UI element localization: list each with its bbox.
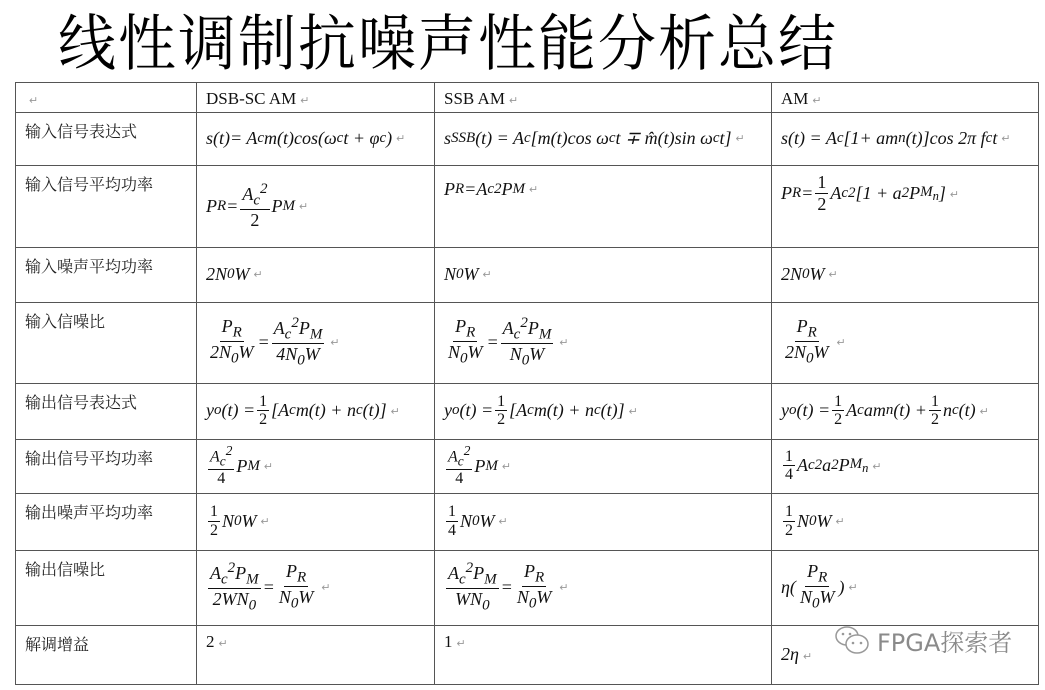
dsb-input-noise: 2N0W↵ (197, 248, 435, 303)
table-row: 输出信号平均功率 Ac24PM↵ Ac24PM↵ 14Ac2a2PMn↵ (16, 440, 1039, 494)
row-label: 输入信号平均功率 (16, 166, 197, 248)
dsb-output-noise: 12N0W↵ (197, 494, 435, 551)
table-row: 输入噪声平均功率 2N0W↵ N0W↵ 2N0W↵ (16, 248, 1039, 303)
watermark: FPGA探索者 (833, 623, 1012, 658)
ssb-input-noise: N0W↵ (435, 248, 772, 303)
table-row: 输入信号平均功率 PR = Ac22 PM↵ PR=Ac2PM↵ PR = 12… (16, 166, 1039, 248)
dsb-output-expression: yo(t) = 12[Acm(t) + nc(t)]↵ (197, 384, 435, 440)
row-label: 输出信号表达式 (16, 384, 197, 440)
table-row: 输出信号表达式 yo(t) = 12[Acm(t) + nc(t)]↵ yo(t… (16, 384, 1039, 440)
dsb-output-snr: Ac2PM2WN0 = PRN0W↵ (197, 551, 435, 626)
page-title: 线性调制抗噪声性能分析总结 (58, 0, 838, 82)
am-output-power: 14Ac2a2PMn↵ (772, 440, 1039, 494)
am-output-noise: 12N0W↵ (772, 494, 1039, 551)
ssb-output-snr: Ac2PMWN0 = PRN0W↵ (435, 551, 772, 626)
row-label: 输入信噪比 (16, 303, 197, 384)
am-output-snr: η(PRN0W)↵ (772, 551, 1039, 626)
am-output-expression: yo(t) = 12Acamn(t) + 12nc(t)↵ (772, 384, 1039, 440)
ssb-input-power: PR=Ac2PM↵ (435, 166, 772, 248)
dsb-gain: 2↵ (197, 626, 435, 685)
header-am: AM↵ (772, 83, 1039, 113)
am-input-snr: PR2N0W↵ (772, 303, 1039, 384)
row-label: 输出噪声平均功率 (16, 494, 197, 551)
am-input-expression: s(t) = Ac[1+ amn(t)]cos 2π fct↵ (772, 113, 1039, 166)
dsb-input-expression: s(t)= Acm(t)cos(ωct + φc)↵ (197, 113, 435, 166)
row-label: 输出信噪比 (16, 551, 197, 626)
wechat-icon (833, 624, 871, 658)
modulation-comparison-table: ↵ DSB-SC AM↵ SSB AM↵ AM↵ 输入信号表达式 s(t)= A… (15, 82, 1039, 685)
ssb-input-snr: PRN0W = Ac2PMN0W↵ (435, 303, 772, 384)
ssb-input-expression: sSSB(t) = Ac[m(t)cos ωct ∓ m̂(t)sin ωct]… (435, 113, 772, 166)
row-label: 输入信号表达式 (16, 113, 197, 166)
row-label: 输入噪声平均功率 (16, 248, 197, 303)
table-row: 输出噪声平均功率 12N0W↵ 14N0W↵ 12N0W↵ (16, 494, 1039, 551)
header-ssb: SSB AM↵ (435, 83, 772, 113)
table-row: 输出信噪比 Ac2PM2WN0 = PRN0W↵ Ac2PMWN0 = PRN0… (16, 551, 1039, 626)
table-row: 输入信噪比 PR2N0W = Ac2PM4N0W↵ PRN0W = Ac2PMN… (16, 303, 1039, 384)
header-row: ↵ DSB-SC AM↵ SSB AM↵ AM↵ (16, 83, 1039, 113)
header-empty: ↵ (16, 83, 197, 113)
row-label: 解调增益 (16, 626, 197, 685)
ssb-output-expression: yo(t) = 12[Acm(t) + nc(t)]↵ (435, 384, 772, 440)
am-input-noise: 2N0W↵ (772, 248, 1039, 303)
ssb-output-power: Ac24PM↵ (435, 440, 772, 494)
dsb-output-power: Ac24PM↵ (197, 440, 435, 494)
watermark-text: FPGA探索者 (877, 623, 1012, 658)
ssb-gain: 1↵ (435, 626, 772, 685)
header-dsb: DSB-SC AM↵ (197, 83, 435, 113)
dsb-input-power: PR = Ac22 PM↵ (197, 166, 435, 248)
dsb-input-snr: PR2N0W = Ac2PM4N0W↵ (197, 303, 435, 384)
ssb-output-noise: 14N0W↵ (435, 494, 772, 551)
row-label: 输出信号平均功率 (16, 440, 197, 494)
am-input-power: PR = 12Ac2[1 + a2PMn]↵ (772, 166, 1039, 248)
table-row: 输入信号表达式 s(t)= Acm(t)cos(ωct + φc)↵ sSSB(… (16, 113, 1039, 166)
